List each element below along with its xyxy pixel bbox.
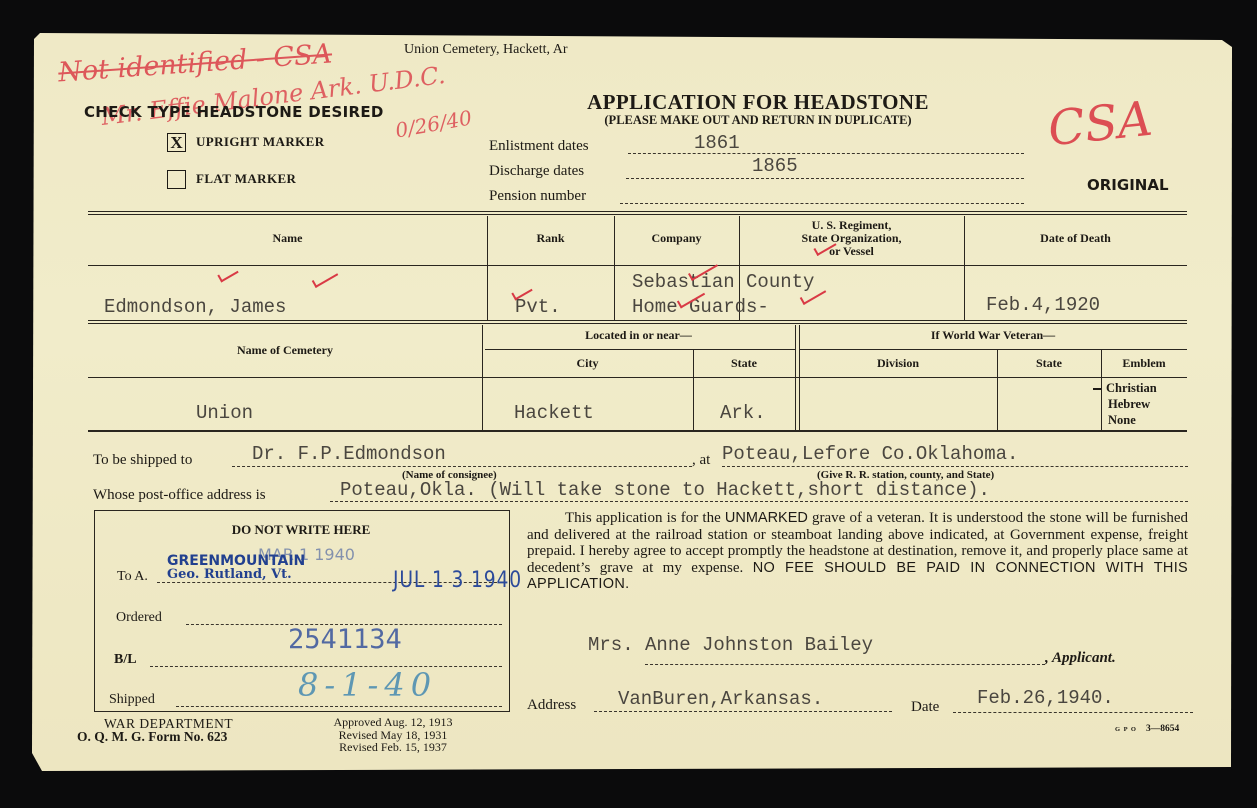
original-copy-label: ORIGINAL [1087,176,1169,194]
flat-marker-checkbox[interactable] [167,170,186,189]
soldier-bottom-border [88,320,1187,321]
regiment-header-line3: or Vessel [739,245,964,258]
red-initials-csa: CSA [1045,91,1155,158]
city-header: City [482,356,693,371]
emblem-options: Christian Hebrew None [1093,380,1157,428]
discharge-value: 1865 [752,155,798,177]
application-date-field[interactable]: Feb.26,1940. [953,694,1193,713]
shipped-handwritten-date: 8-1-40 [298,666,437,704]
shipped-to-label: To be shipped to [93,452,192,469]
ww-state-header: State [997,356,1101,371]
post-office-value: Poteau,Okla. (Will take stone to Hackett… [340,479,990,501]
located-header: Located in or near— [482,328,795,343]
soldier-header-divider [88,265,1187,266]
applicant-name-value: Mrs. Anne Johnston Bailey [588,634,873,656]
do-not-write-heading: DO NOT WRITE HERE [94,522,508,538]
gpo-mark: G P O [1115,726,1137,733]
ww-veteran-header: If World War Veteran— [799,328,1187,343]
print-code: 3—8654 [1146,724,1179,734]
received-date-stamp: MAR 1 1940 [258,545,355,564]
enlistment-label: Enlistment dates [489,138,589,155]
company-value-line1: Sebastian County [632,271,814,293]
applicant-label: , Applicant. [1045,650,1116,667]
to-a-label: To A. [117,569,148,585]
headstone-type-heading: CHECK TYPE HEADSTONE DESIRED [84,103,384,121]
discharge-field[interactable]: 1865 [626,160,1024,179]
form-title: APPLICATION FOR HEADSTONE [536,90,980,115]
name-value: Edmondson, James [104,296,286,318]
selected-dash-icon [1093,388,1101,390]
emblem-option-none[interactable]: None [1093,412,1157,428]
cemetery-header: Name of Cemetery [88,343,482,358]
ww-divider [800,349,1187,350]
station-value: Poteau,Lefore Co.Oklahoma. [722,443,1018,465]
station-field[interactable]: Poteau,Lefore Co.Oklahoma. [722,446,1188,467]
at-label: , at [692,452,710,469]
located-divider [485,349,795,350]
form-subtitle: (PLEASE MAKE OUT AND RETURN IN DUPLICATE… [536,113,980,128]
city-value: Hackett [514,402,594,424]
jul-date-stamp: JUL 1 3 1940 [393,568,522,593]
post-office-label: Whose post-office address is [93,487,266,504]
shipped-label: Shipped [109,692,155,708]
date-of-death-header: Date of Death [964,231,1187,246]
emblem-header: Emblem [1101,356,1187,371]
ordered-field[interactable] [186,608,502,625]
pension-field[interactable] [620,185,1024,204]
cemetery-bottom-border [88,430,1187,432]
company-header: Company [614,231,739,246]
flat-marker-label: FLAT MARKER [196,171,296,187]
revision-history: Approved Aug. 12, 1913 Revised May 18, 1… [313,716,473,754]
enlistment-value: 1861 [694,132,740,154]
enlistment-field[interactable]: 1861 [628,135,1024,154]
cemetery-header-divider [88,377,1187,378]
pension-label: Pension number [489,188,586,205]
application-date-value: Feb.26,1940. [977,687,1114,709]
company-value-line2: Home Guards- [632,296,769,318]
applicant-address-field[interactable]: VanBuren,Arkansas. [594,693,892,712]
cemetery-value: Union [196,402,253,424]
bl-field[interactable] [150,650,502,667]
upright-marker-checkbox[interactable]: X [167,133,186,152]
emblem-option-christian[interactable]: Christian [1093,380,1157,396]
discharge-label: Discharge dates [489,163,584,180]
consignee-value: Dr. F.P.Edmondson [252,443,446,465]
date-label: Date [911,699,939,716]
emblem-option-hebrew[interactable]: Hebrew [1093,396,1157,412]
date-of-death-value: Feb.4,1920 [986,294,1100,316]
state-value: Ark. [720,402,766,424]
applicant-address-value: VanBuren,Arkansas. [618,688,823,710]
consignee-field[interactable]: Dr. F.P.Edmondson [232,446,692,467]
upright-marker-label: UPRIGHT MARKER [196,134,325,150]
application-notice: This application is for the UNMARKED gra… [527,510,1188,593]
applicant-address-label: Address [527,697,576,714]
form-number: O. Q. M. G. Form No. 623 [77,729,227,745]
bl-label: B/L [114,652,137,668]
table-top-border [88,211,1187,212]
division-header: Division [799,356,997,371]
post-office-field[interactable]: Poteau,Okla. (Will take stone to Hackett… [330,481,1188,502]
check-x-icon: X [168,134,185,151]
rank-value: Pvt. [515,296,561,318]
ordered-label: Ordered [116,610,162,626]
regiment-header: U. S. Regiment, State Organization, or V… [739,219,964,258]
approved-date: Approved Aug. 12, 1913 [313,716,473,729]
rank-header: Rank [487,231,614,246]
cemetery-location-label: Union Cemetery, Hackett, Ar [404,42,568,58]
state-header: State [693,356,795,371]
name-header: Name [88,231,487,246]
revised-date-2: Revised Feb. 15, 1937 [313,741,473,754]
unmarked-emphasis: UNMARKED [725,510,808,526]
